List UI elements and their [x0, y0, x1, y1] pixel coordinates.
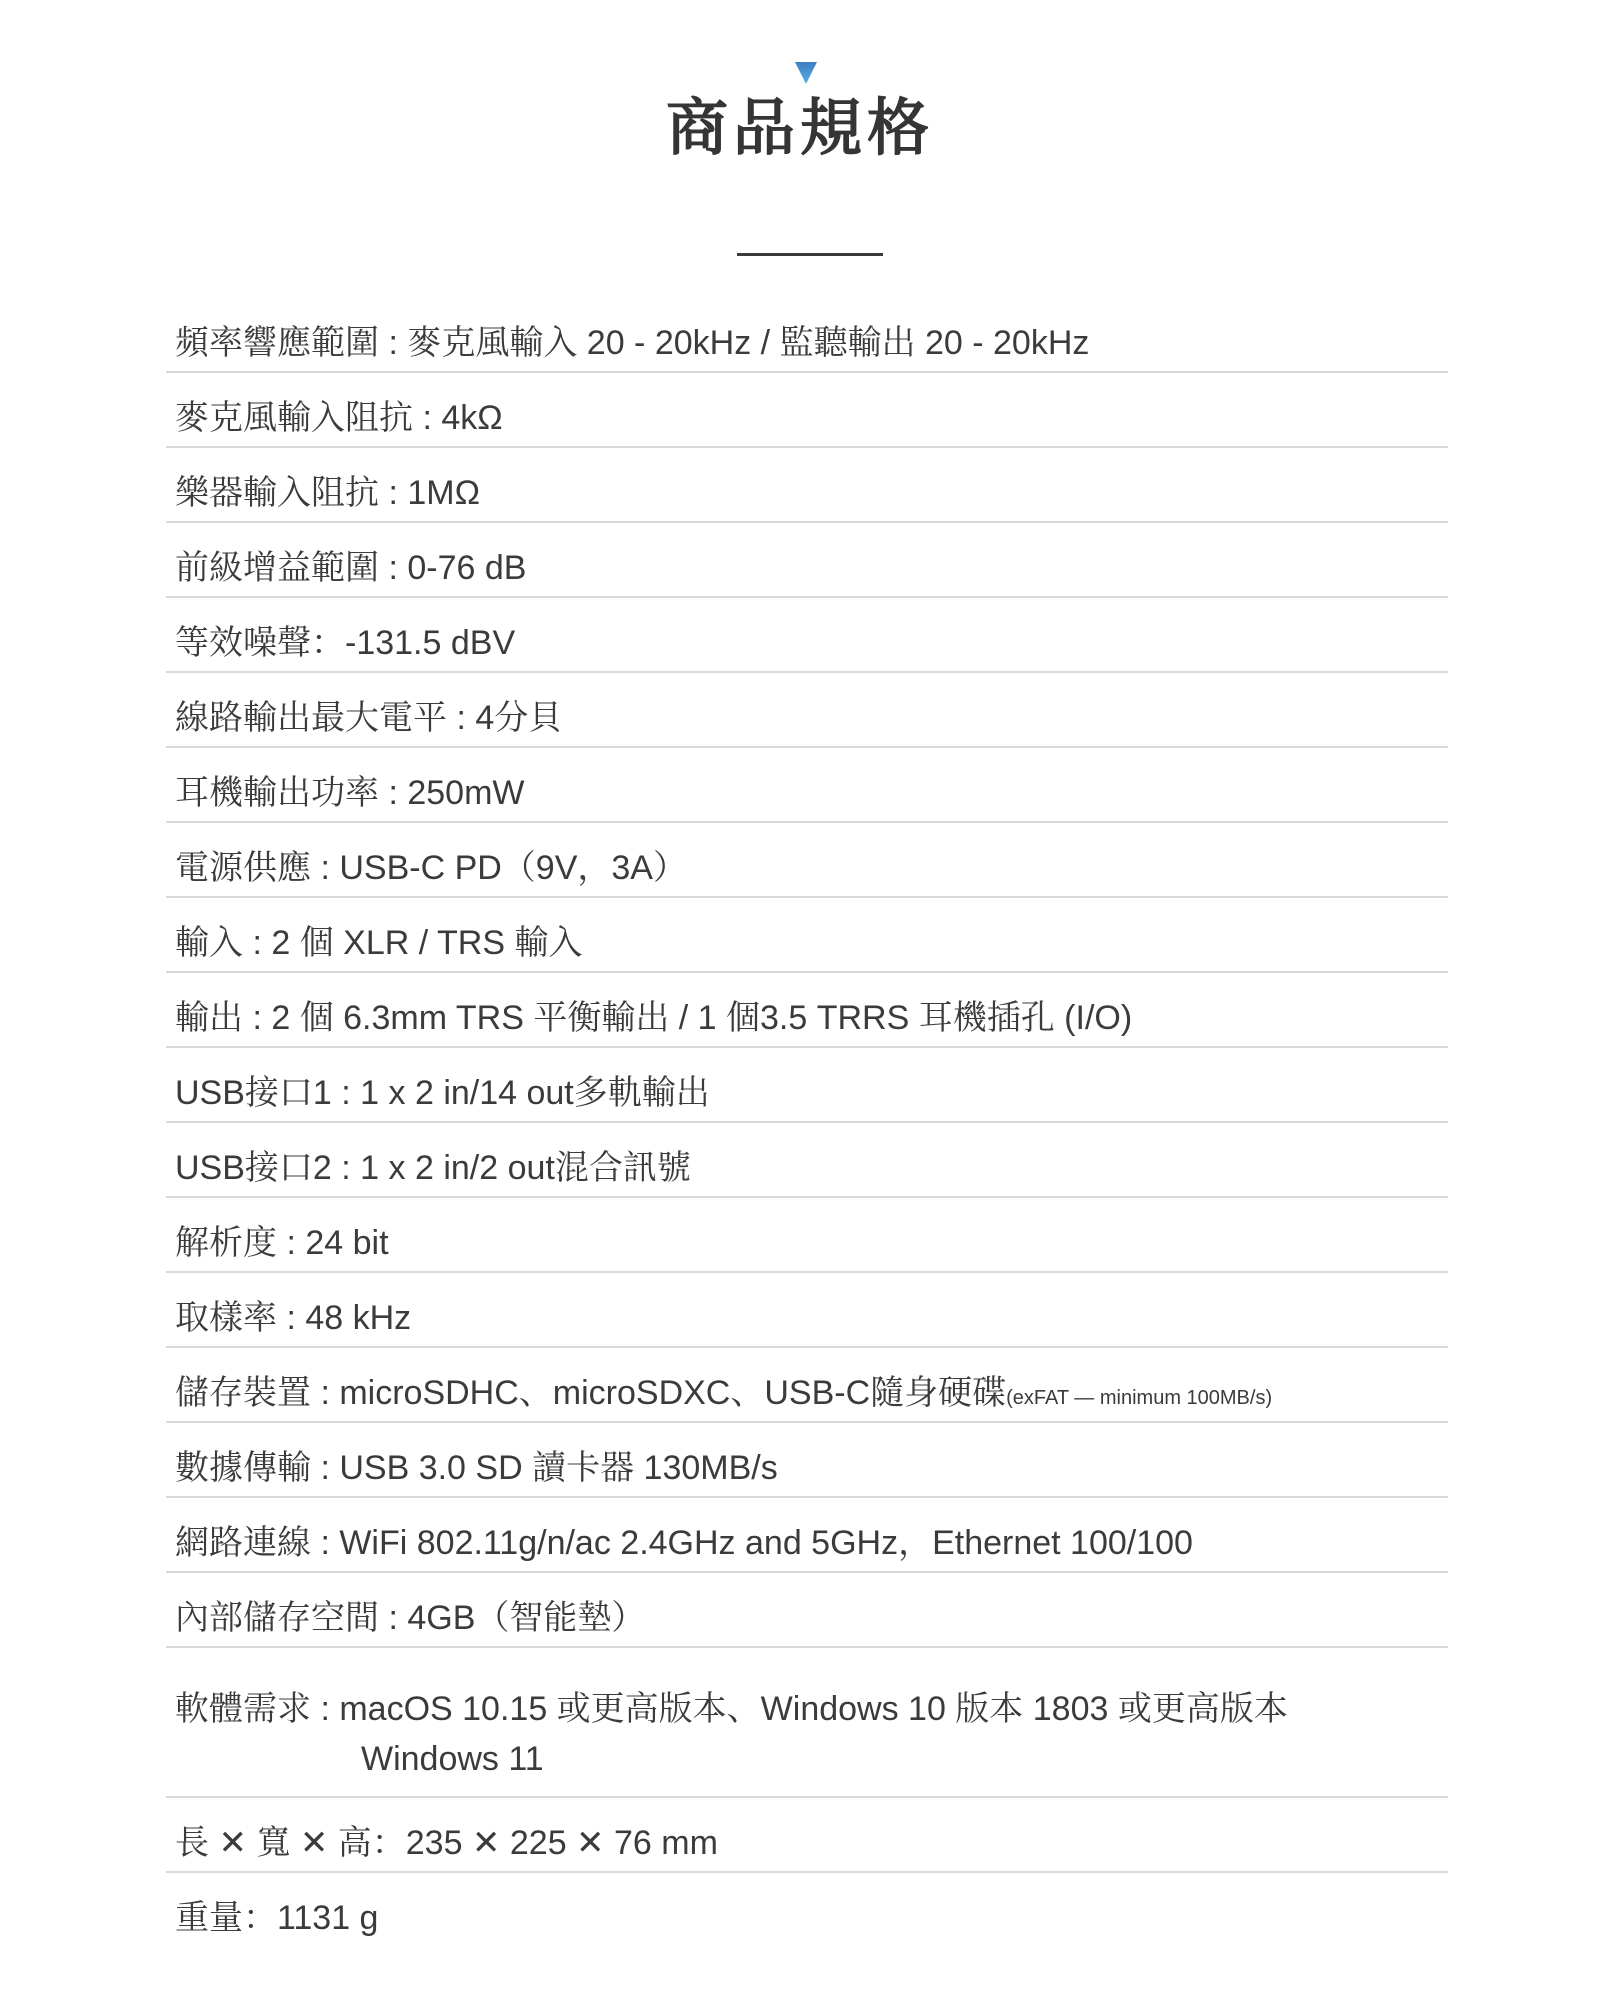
spec-text: 取樣率 : 48 kHz [175, 1299, 411, 1337]
spec-text: 樂器輸入阻抗 : 1MΩ [175, 474, 480, 512]
spec-row-line-output-max-level: 線路輸出最大電平 : 4分貝 [166, 673, 1448, 748]
spec-note: (exFAT — minimum 100MB/s) [1006, 1387, 1272, 1409]
spec-text: 長 ✕ 寬 ✕ 高：235 ✕ 225 ✕ 76 mm [175, 1824, 718, 1862]
spec-row-weight: 重量：1131 g [166, 1873, 1448, 1948]
spec-row-equivalent-noise: 等效噪聲：-131.5 dBV [166, 598, 1448, 673]
spec-text: 前級增益範圍 : 0-76 dB [175, 549, 526, 587]
spec-row-usb-port-1: USB接口1 : 1 x 2 in/14 out多軌輸出 [166, 1048, 1448, 1123]
spec-row-sample-rate: 取樣率 : 48 kHz [166, 1273, 1448, 1348]
title-divider [737, 253, 883, 256]
spec-text: 線路輸出最大電平 : 4分貝 [175, 699, 562, 737]
spec-table: 頻率響應範圍 : 麥克風輸入 20 - 20kHz / 監聽輸出 20 - 20… [166, 298, 1448, 1948]
spec-row-outputs: 輸出 : 2 個 6.3mm TRS 平衡輸出 / 1 個3.5 TRRS 耳機… [166, 973, 1448, 1048]
spec-row-headphone-output-power: 耳機輸出功率 : 250mW [166, 748, 1448, 823]
spec-row-storage-devices: 儲存裝置 : microSDHC、microSDXC、USB-C隨身硬碟(exF… [166, 1348, 1448, 1423]
spec-text: 麥克風輸入阻抗 : 4kΩ [175, 399, 503, 437]
product-spec-page: 商品規格 頻率響應範圍 : 麥克風輸入 20 - 20kHz / 監聽輸出 20… [0, 0, 1600, 2015]
spec-row-internal-storage: 內部儲存空間 : 4GB（智能墊） [166, 1573, 1448, 1648]
spec-text: 等效噪聲：-131.5 dBV [175, 624, 515, 662]
spec-text: 儲存裝置 : microSDHC、microSDXC、USB-C隨身硬碟 [175, 1374, 1006, 1412]
spec-row-instrument-input-impedance: 樂器輸入阻抗 : 1MΩ [166, 448, 1448, 523]
spec-text: 耳機輸出功率 : 250mW [175, 774, 524, 812]
spec-row-resolution: 解析度 : 24 bit [166, 1198, 1448, 1273]
spec-row-network: 網路連線 : WiFi 802.11g/n/ac 2.4GHz and 5GHz… [166, 1498, 1448, 1573]
spec-text: 軟體需求 : macOS 10.15 或更高版本、Windows 10 版本 1… [175, 1684, 1448, 1734]
spec-row-preamp-gain-range: 前級增益範圍 : 0-76 dB [166, 523, 1448, 598]
page-title: 商品規格 [0, 95, 1600, 163]
spec-text: 頻率響應範圍 : 麥克風輸入 20 - 20kHz / 監聽輸出 20 - 20… [175, 324, 1089, 362]
spec-row-dimensions: 長 ✕ 寬 ✕ 高：235 ✕ 225 ✕ 76 mm [166, 1798, 1448, 1873]
spec-text: 網路連線 : WiFi 802.11g/n/ac 2.4GHz and 5GHz… [175, 1524, 1193, 1562]
spec-text: 電源供應 : USB-C PD（9V，3A） [175, 849, 687, 887]
spec-row-data-transfer: 數據傳輸 : USB 3.0 SD 讀卡器 130MB/s [166, 1423, 1448, 1498]
spec-row-frequency-response: 頻率響應範圍 : 麥克風輸入 20 - 20kHz / 監聽輸出 20 - 20… [166, 298, 1448, 373]
spec-text: USB接口2 : 1 x 2 in/2 out混合訊號 [175, 1149, 691, 1187]
spec-text: 數據傳輸 : USB 3.0 SD 讀卡器 130MB/s [175, 1449, 778, 1487]
spec-row-inputs: 輸入 : 2 個 XLR / TRS 輸入 [166, 898, 1448, 973]
spec-text: 解析度 : 24 bit [175, 1224, 389, 1262]
spec-text: 輸出 : 2 個 6.3mm TRS 平衡輸出 / 1 個3.5 TRRS 耳機… [175, 999, 1132, 1037]
spec-row-software-requirements: 軟體需求 : macOS 10.15 或更高版本、Windows 10 版本 1… [166, 1648, 1448, 1798]
spec-text-line2: Windows 11 [175, 1734, 1448, 1784]
spec-row-power-supply: 電源供應 : USB-C PD（9V，3A） [166, 823, 1448, 898]
spec-text: 重量：1131 g [175, 1899, 378, 1937]
down-triangle-icon [795, 62, 817, 84]
spec-text: 內部儲存空間 : 4GB（智能墊） [175, 1599, 645, 1637]
spec-row-usb-port-2: USB接口2 : 1 x 2 in/2 out混合訊號 [166, 1123, 1448, 1198]
spec-text: 輸入 : 2 個 XLR / TRS 輸入 [175, 924, 582, 962]
spec-row-mic-input-impedance: 麥克風輸入阻抗 : 4kΩ [166, 373, 1448, 448]
spec-text: USB接口1 : 1 x 2 in/14 out多軌輸出 [175, 1074, 710, 1112]
